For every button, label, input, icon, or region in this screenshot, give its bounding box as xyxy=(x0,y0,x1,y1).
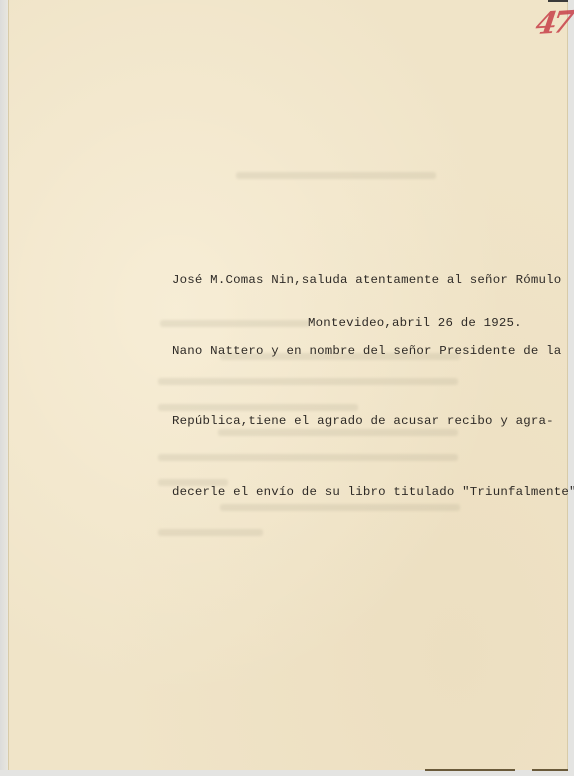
body-line: Nano Nattero y en nombre del señor Presi… xyxy=(172,340,574,364)
letter-body: José M.Comas Nin,saluda atentamente al s… xyxy=(172,222,574,528)
bleed-through-line xyxy=(158,529,263,536)
scan-left-margin xyxy=(0,0,8,776)
scan-edge-mark xyxy=(548,0,568,2)
body-line: decerle el envío de su libro titulado "T… xyxy=(172,481,574,505)
body-line: José M.Comas Nin,saluda atentamente al s… xyxy=(172,269,574,293)
date-line: Montevideo,abril 26 de 1925. xyxy=(308,316,522,330)
scan-edge-mark xyxy=(425,769,515,771)
body-line: República,tiene el agrado de acusar reci… xyxy=(172,410,574,434)
scan-edge-mark xyxy=(532,769,568,771)
bleed-through-line xyxy=(236,172,436,179)
folio-number: 47 xyxy=(533,5,572,42)
